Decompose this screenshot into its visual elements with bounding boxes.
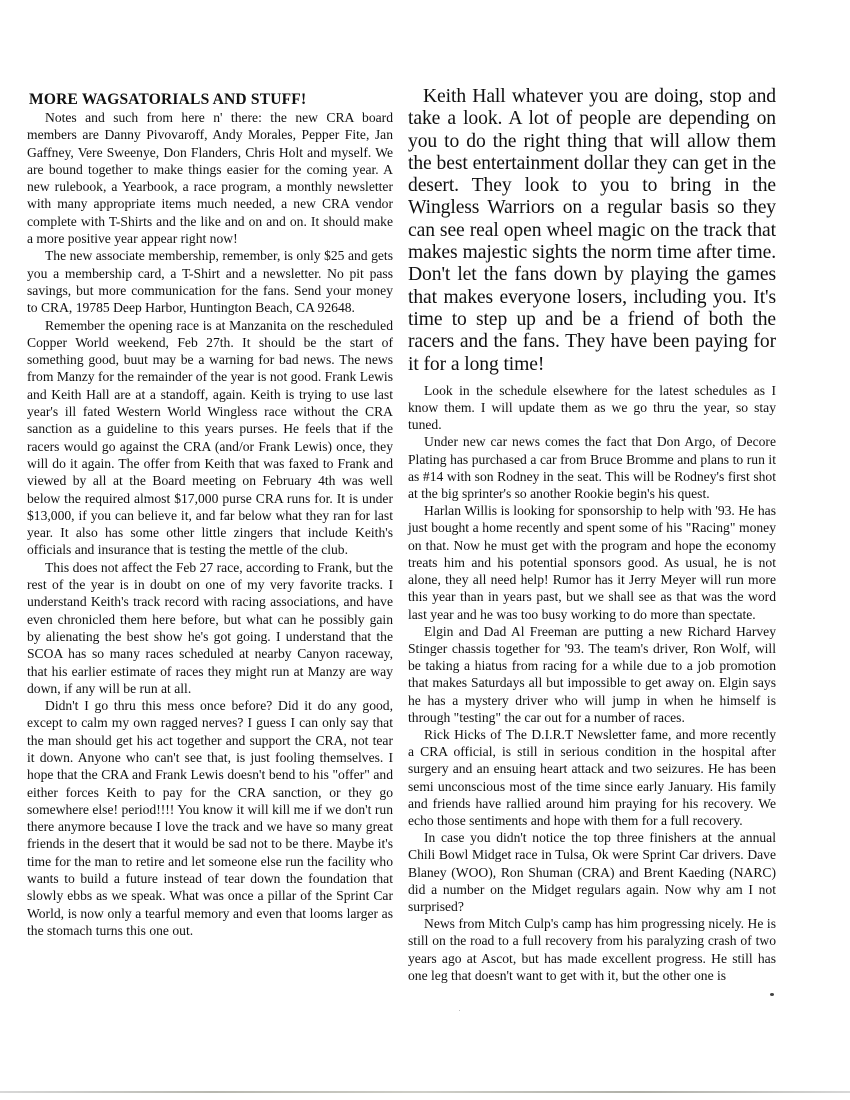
paragraph: Elgin and Dad Al Freeman are putting a n… — [408, 623, 776, 726]
paragraph: Look in the schedule elsewhere for the l… — [408, 382, 776, 434]
paragraph: Didn't I go thru this mess once before? … — [27, 697, 393, 939]
right-column-body: Look in the schedule elsewhere for the l… — [408, 382, 776, 984]
callout-paragraph: Keith Hall whatever you are doing, stop … — [408, 86, 776, 376]
left-column: MORE WAGSATORIALS AND STUFF! Notes and s… — [27, 90, 393, 939]
paragraph: In case you didn't notice the top three … — [408, 829, 776, 915]
scan-speck — [459, 1010, 460, 1011]
paragraph: News from Mitch Culp's camp has him prog… — [408, 915, 776, 984]
paragraph: Under new car news comes the fact that D… — [408, 433, 776, 502]
paragraph: This does not affect the Feb 27 race, ac… — [27, 559, 393, 697]
article-heading: MORE WAGSATORIALS AND STUFF! — [29, 90, 393, 109]
paragraph: Remember the opening race is at Manzanit… — [27, 317, 393, 559]
paragraph: Rick Hicks of The D.I.R.T Newsletter fam… — [408, 726, 776, 829]
scan-speck — [770, 993, 774, 996]
paragraph: Notes and such from here n' there: the n… — [27, 109, 393, 247]
newsletter-page: MORE WAGSATORIALS AND STUFF! Notes and s… — [0, 0, 850, 1100]
page-bottom-edge — [0, 1091, 850, 1093]
right-column: Keith Hall whatever you are doing, stop … — [408, 86, 776, 984]
paragraph: The new associate membership, remember, … — [27, 247, 393, 316]
paragraph: Harlan Willis is looking for sponsorship… — [408, 502, 776, 622]
